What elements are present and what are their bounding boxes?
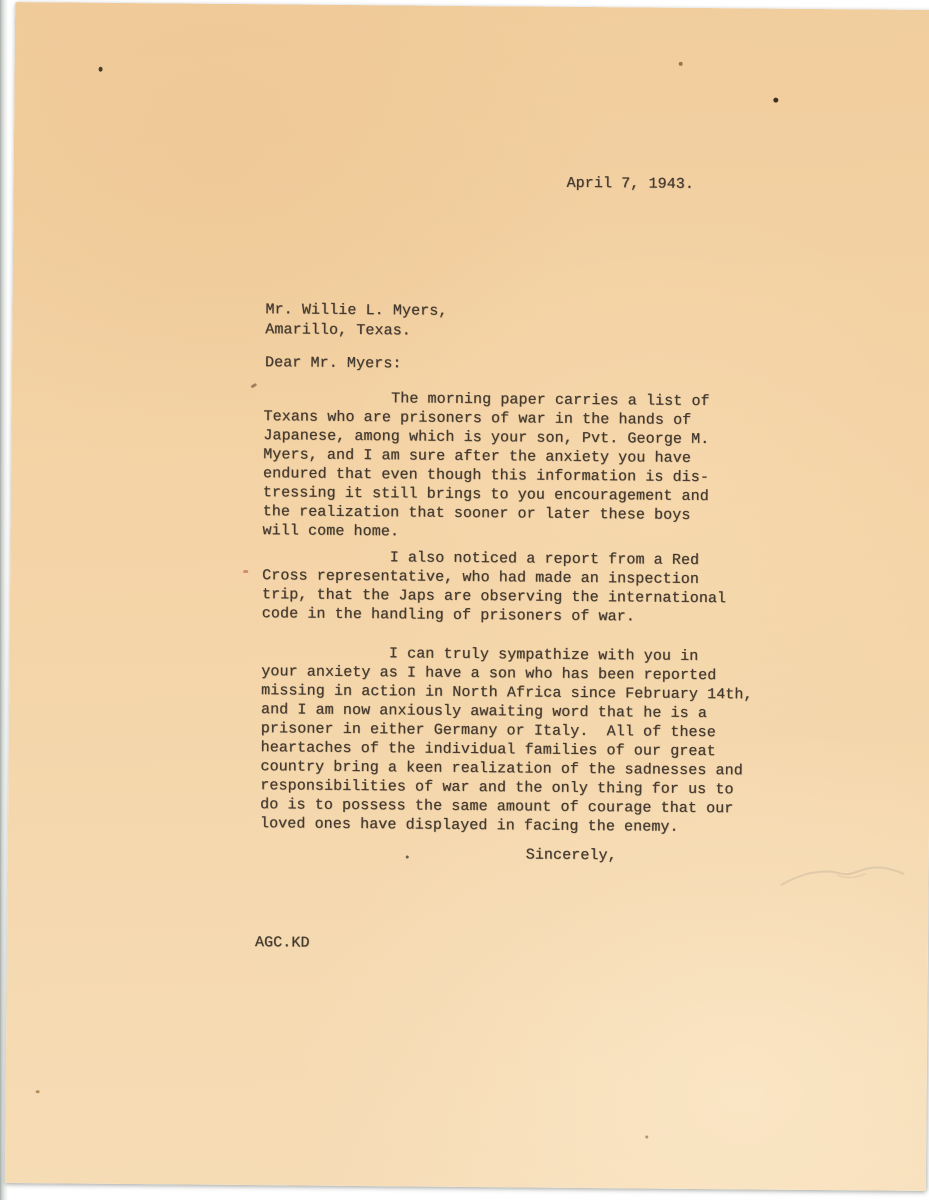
date-line: April 7, 1943. <box>567 174 695 194</box>
paper-speck <box>36 1090 40 1093</box>
scan-background: April 7, 1943. Mr. Willie L. Myers, Amar… <box>0 0 929 1200</box>
salutation: Dear Mr. Myers: <box>265 353 402 373</box>
paper-speck <box>773 98 778 103</box>
body-paragraph-3: I can truly sympathize with you in your … <box>260 643 753 837</box>
stray-ink-dot <box>406 855 409 858</box>
body-paragraph-2: I also noticed a report from a Red Cross… <box>262 547 727 627</box>
body-paragraph-1: The morning paper carries a list of Texa… <box>262 388 709 544</box>
paper-speck <box>250 383 257 389</box>
paper-speck <box>679 62 683 66</box>
paper-speck <box>99 67 103 72</box>
typist-initials: AGC.KD <box>255 933 310 952</box>
closing-line: Sincerely, <box>526 845 617 865</box>
paper-speck <box>243 570 248 573</box>
paper-speck <box>645 1136 648 1139</box>
recipient-address: Mr. Willie L. Myers, Amarillo, Texas. <box>265 300 447 342</box>
letter-paper: April 7, 1943. Mr. Willie L. Myers, Amar… <box>5 2 929 1191</box>
pencil-smudge <box>777 859 907 896</box>
